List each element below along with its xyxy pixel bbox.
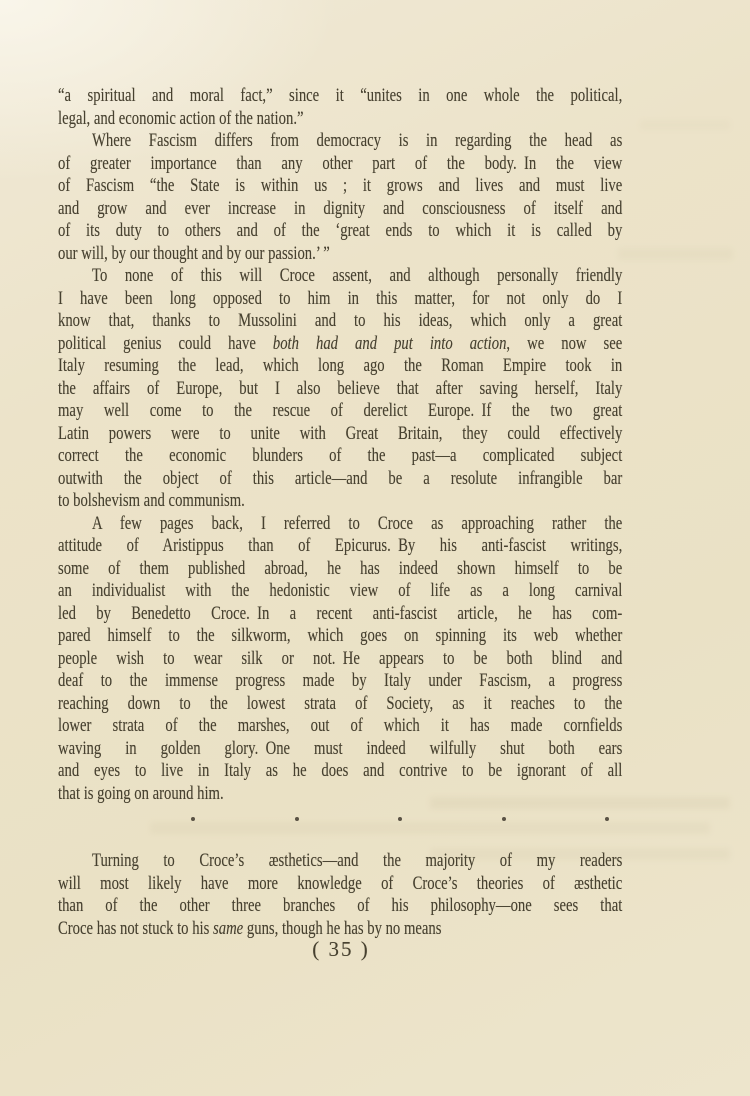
text-line: know that, thanks to Mussolini and to hi… [58,310,622,333]
text-line: Where Fascism differs from democracy is … [58,130,622,153]
text-segment: some of them published abroad, he has in… [58,558,622,579]
text-segment: may well come to the rescue of derelict … [58,400,622,421]
divider-dot [295,817,299,821]
text-segment: waving in golden glory. One must indeed … [58,738,622,759]
text-line: lower strata of the marshes, out of whic… [58,715,622,738]
text-segment: Italy resuming the lead, which long ago … [58,355,622,376]
text-segment: know that, thanks to Mussolini and to hi… [58,310,622,331]
text-line: some of them published abroad, he has in… [58,558,622,581]
text-line: To none of this will Croce assent, and a… [58,265,622,288]
text-line: of greater importance than any other par… [58,153,622,176]
text-line: Turning to Croce’s æsthetics—and the maj… [58,850,622,873]
text-block: “a spiritual and moral fact,” since it “… [58,85,622,940]
divider-gap [58,805,622,850]
text-segment: I have been long opposed to him in this … [58,288,622,309]
text-line: may well come to the rescue of derelict … [58,400,622,423]
text-segment: attitude of Aristippus than of Epicurus.… [58,535,622,556]
text-segment: Latin powers were to unite with Great Br… [58,423,622,444]
text-segment: to bolshevism and communism. [58,490,245,511]
text-line: I have been long opposed to him in this … [58,288,622,311]
text-segment: deaf to the immense progress made by Ita… [58,670,622,691]
show-through-ghost [640,120,730,130]
divider-dot [502,817,506,821]
text-segment: an individualist with the hedonistic vie… [58,580,622,601]
text-segment: lower strata of the marshes, out of whic… [58,715,622,736]
text-line: attitude of Aristippus than of Epicurus.… [58,535,622,558]
text-segment: will most likely have more knowledge of … [58,873,622,894]
text-line: the affairs of Europe, but I also believ… [58,378,622,401]
text-segment: of Fascism “the State is within us ; it … [58,175,622,196]
text-segment: legal, and economic action of the nation… [58,108,304,129]
text-segment: of greater importance than any other par… [58,153,622,174]
text-line: waving in golden glory. One must indeed … [58,738,622,761]
text-segment: and grow and ever increase in dignity an… [58,198,622,219]
text-segment: our will, by our thought and by our pass… [58,243,330,264]
book-page: “a spiritual and moral fact,” since it “… [0,0,750,1096]
text-segment: Where Fascism differs from democracy is … [92,130,622,151]
text-line: of Fascism “the State is within us ; it … [58,175,622,198]
text-line: and eyes to live in Italy as he does and… [58,760,622,783]
text-line: “a spiritual and moral fact,” since it “… [58,85,622,108]
text-segment: guns, though he has by no means [243,918,441,939]
text-segment: than of the other three branches of his … [58,895,622,916]
text-line: and grow and ever increase in dignity an… [58,198,622,221]
text-line: our will, by our thought and by our pass… [58,243,622,266]
text-segment: “a spiritual and moral fact,” since it “… [58,85,622,106]
text-segment: pared himself to the silkworm, which goe… [58,625,622,646]
divider-dot [605,817,609,821]
text-segment: Croce has not stuck to his [58,918,213,939]
text-line: an individualist with the hedonistic vie… [58,580,622,603]
text-line: people wish to wear silk or not. He appe… [58,648,622,671]
text-segment: To none of this will Croce assent, and a… [92,265,622,286]
text-segment: led by Benedetto Croce. In a recent anti… [58,603,622,624]
text-line: to bolshevism and communism. [58,490,622,513]
text-line: Italy resuming the lead, which long ago … [58,355,622,378]
text-segment: political genius could have [58,333,273,354]
text-segment: the affairs of Europe, but I also believ… [58,378,622,399]
text-line: correct the economic blunders of the pas… [58,445,622,468]
show-through-ghost [618,248,733,260]
text-segment: Turning to Croce’s æsthetics—and the maj… [92,850,622,871]
text-segment: that is going on around him. [58,783,224,804]
text-line: Latin powers were to unite with Great Br… [58,423,622,446]
text-segment: A few pages back, I referred to Croce as… [92,513,622,534]
text-line: led by Benedetto Croce. In a recent anti… [58,603,622,626]
text-segment: people wish to wear silk or not. He appe… [58,648,622,669]
text-line: political genius could have both had and… [58,333,622,356]
text-segment: reaching down to the lowest strata of So… [58,693,622,714]
text-line: will most likely have more knowledge of … [58,873,622,896]
divider-dot [191,817,195,821]
text-line: pared himself to the silkworm, which goe… [58,625,622,648]
text-segment: and eyes to live in Italy as he does and… [58,760,622,781]
text-line: of its duty to others and of the ‘great … [58,220,622,243]
text-segment: outwith the object of this article—and b… [58,468,622,489]
divider-dot [398,817,402,821]
text-segment: correct the economic blunders of the pas… [58,445,622,466]
text-line: deaf to the immense progress made by Ita… [58,670,622,693]
italic-text: same [213,918,243,939]
text-line: A few pages back, I referred to Croce as… [58,513,622,536]
text-segment: , we now see [506,333,622,354]
text-line: than of the other three branches of his … [58,895,622,918]
page-number: ( 35 ) [58,937,624,962]
text-segment: of its duty to others and of the ‘great … [58,220,622,241]
text-line: outwith the object of this article—and b… [58,468,622,491]
text-line: reaching down to the lowest strata of So… [58,693,622,716]
italic-text: both had and put into action [273,333,507,354]
section-divider [191,816,609,822]
text-line: legal, and economic action of the nation… [58,108,622,131]
text-line: that is going on around him. [58,783,622,806]
